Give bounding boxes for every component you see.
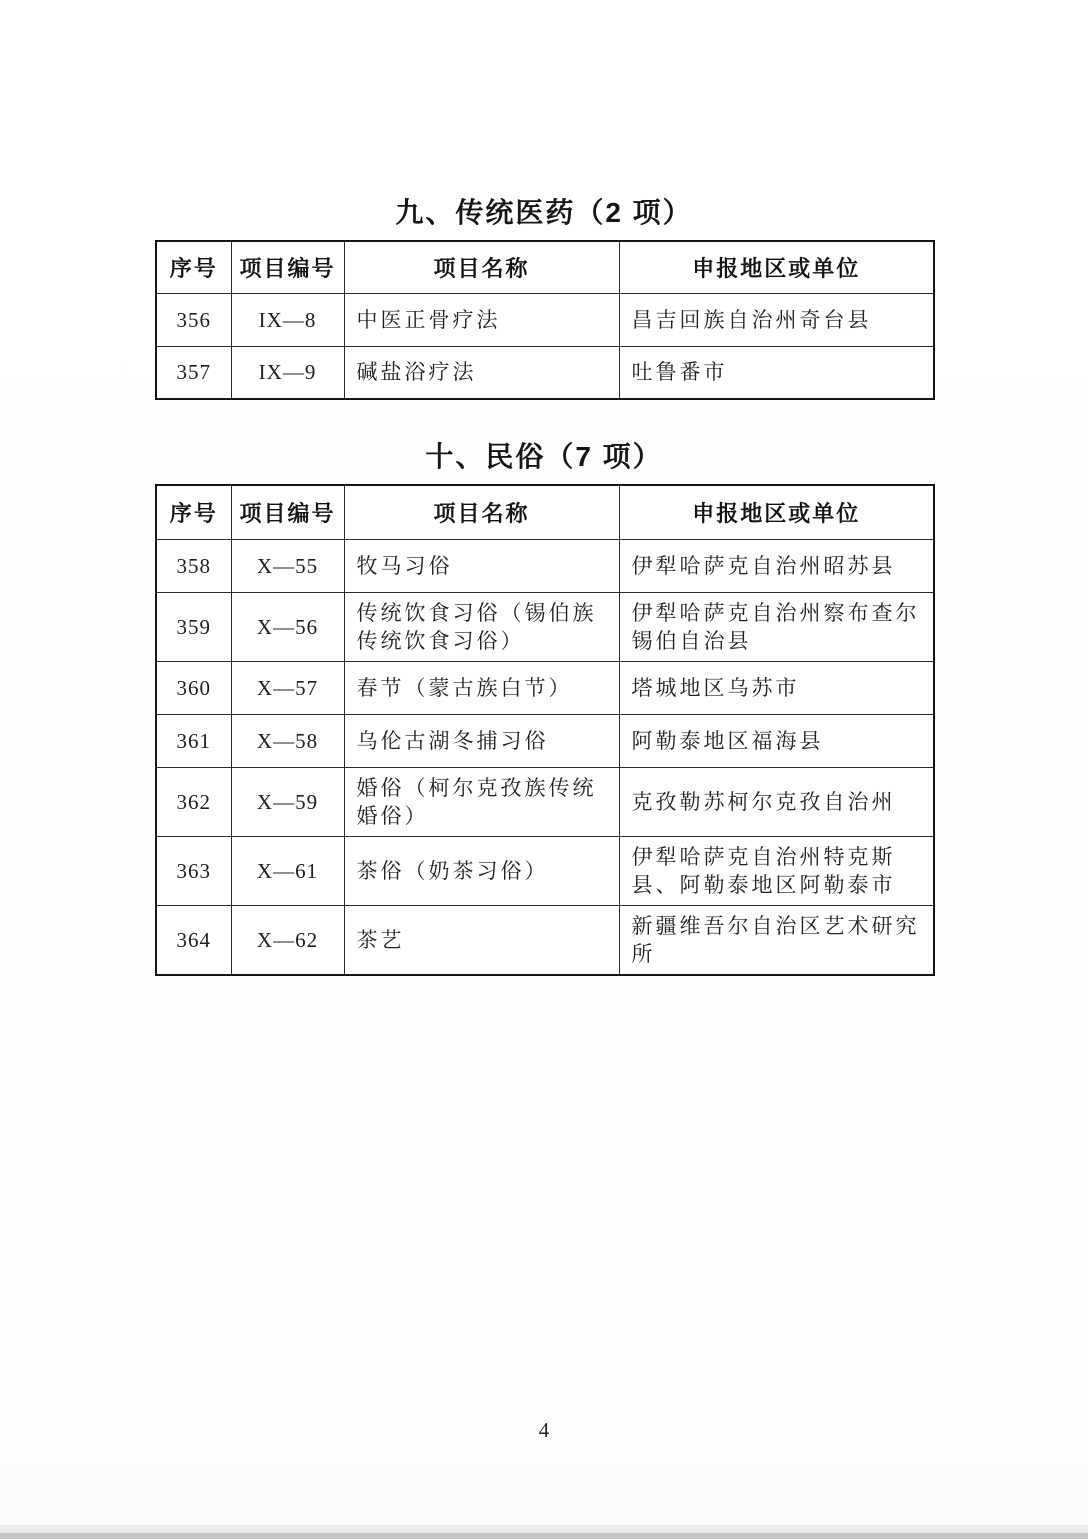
document-page: 九、传统医药（2 项） 序号 项目编号 项目名称 申报地区或单位 356 IX—… (0, 0, 1088, 1539)
column-header-region: 申报地区或单位 (619, 485, 934, 539)
cell-code: X—58 (231, 714, 344, 767)
scan-edge-light (0, 1525, 1088, 1533)
cell-name: 乌伦古湖冬捕习俗 (344, 714, 619, 767)
cell-name: 碱盐浴疗法 (344, 346, 619, 399)
cell-name: 牧马习俗 (344, 539, 619, 592)
cell-seq: 358 (156, 539, 231, 592)
table-header-row: 序号 项目编号 项目名称 申报地区或单位 (156, 241, 934, 293)
cell-region: 伊犁哈萨克自治州昭苏县 (619, 539, 934, 592)
table-row: 357 IX—9 碱盐浴疗法 吐鲁番市 (156, 346, 934, 399)
cell-seq: 361 (156, 714, 231, 767)
table-header-row: 序号 项目编号 项目名称 申报地区或单位 (156, 485, 934, 539)
cell-name: 春节（蒙古族白节） (344, 661, 619, 714)
column-header-seq: 序号 (156, 485, 231, 539)
cell-code: X—56 (231, 592, 344, 661)
table-row: 362 X—59 婚俗（柯尔克孜族传统婚俗） 克孜勒苏柯尔克孜自治州 (156, 767, 934, 836)
cell-seq: 357 (156, 346, 231, 399)
cell-seq: 360 (156, 661, 231, 714)
cell-name: 传统饮食习俗（锡伯族传统饮食习俗） (344, 592, 619, 661)
column-header-code: 项目编号 (231, 485, 344, 539)
cell-seq: 364 (156, 905, 231, 975)
column-header-code: 项目编号 (231, 241, 344, 293)
cell-code: X—55 (231, 539, 344, 592)
cell-code: X—61 (231, 836, 344, 905)
section-title-folk-customs: 十、民俗（7 项） (155, 440, 933, 474)
section-title-traditional-medicine: 九、传统医药（2 项） (155, 196, 933, 230)
cell-code: IX—9 (231, 346, 344, 399)
section-spacer (155, 400, 933, 440)
cell-seq: 359 (156, 592, 231, 661)
page-content: 九、传统医药（2 项） 序号 项目编号 项目名称 申报地区或单位 356 IX—… (155, 196, 933, 976)
cell-name: 茶艺 (344, 905, 619, 975)
cell-seq: 363 (156, 836, 231, 905)
cell-seq: 356 (156, 293, 231, 346)
cell-code: X—59 (231, 767, 344, 836)
table-row: 358 X—55 牧马习俗 伊犁哈萨克自治州昭苏县 (156, 539, 934, 592)
table-row: 364 X—62 茶艺 新疆维吾尔自治区艺术研究所 (156, 905, 934, 975)
table-folk-customs: 序号 项目编号 项目名称 申报地区或单位 358 X—55 牧马习俗 伊犁哈萨克… (155, 484, 935, 976)
table-row: 361 X—58 乌伦古湖冬捕习俗 阿勒泰地区福海县 (156, 714, 934, 767)
cell-code: X—62 (231, 905, 344, 975)
cell-name: 茶俗（奶茶习俗） (344, 836, 619, 905)
cell-region: 塔城地区乌苏市 (619, 661, 934, 714)
table-row: 360 X—57 春节（蒙古族白节） 塔城地区乌苏市 (156, 661, 934, 714)
table-traditional-medicine: 序号 项目编号 项目名称 申报地区或单位 356 IX—8 中医正骨疗法 昌吉回… (155, 240, 935, 400)
column-header-region: 申报地区或单位 (619, 241, 934, 293)
column-header-name: 项目名称 (344, 241, 619, 293)
scan-edge-dark (0, 1533, 1088, 1539)
page-number: 4 (0, 1418, 1088, 1443)
table-row: 363 X—61 茶俗（奶茶习俗） 伊犁哈萨克自治州特克斯县、阿勒泰地区阿勒泰市 (156, 836, 934, 905)
cell-region: 克孜勒苏柯尔克孜自治州 (619, 767, 934, 836)
cell-name: 婚俗（柯尔克孜族传统婚俗） (344, 767, 619, 836)
cell-region: 新疆维吾尔自治区艺术研究所 (619, 905, 934, 975)
table-row: 359 X—56 传统饮食习俗（锡伯族传统饮食习俗） 伊犁哈萨克自治州察布查尔锡… (156, 592, 934, 661)
cell-region: 吐鲁番市 (619, 346, 934, 399)
cell-region: 昌吉回族自治州奇台县 (619, 293, 934, 346)
column-header-seq: 序号 (156, 241, 231, 293)
column-header-name: 项目名称 (344, 485, 619, 539)
table-row: 356 IX—8 中医正骨疗法 昌吉回族自治州奇台县 (156, 293, 934, 346)
cell-seq: 362 (156, 767, 231, 836)
cell-code: X—57 (231, 661, 344, 714)
cell-region: 阿勒泰地区福海县 (619, 714, 934, 767)
cell-region: 伊犁哈萨克自治州特克斯县、阿勒泰地区阿勒泰市 (619, 836, 934, 905)
cell-region: 伊犁哈萨克自治州察布查尔锡伯自治县 (619, 592, 934, 661)
cell-name: 中医正骨疗法 (344, 293, 619, 346)
cell-code: IX—8 (231, 293, 344, 346)
